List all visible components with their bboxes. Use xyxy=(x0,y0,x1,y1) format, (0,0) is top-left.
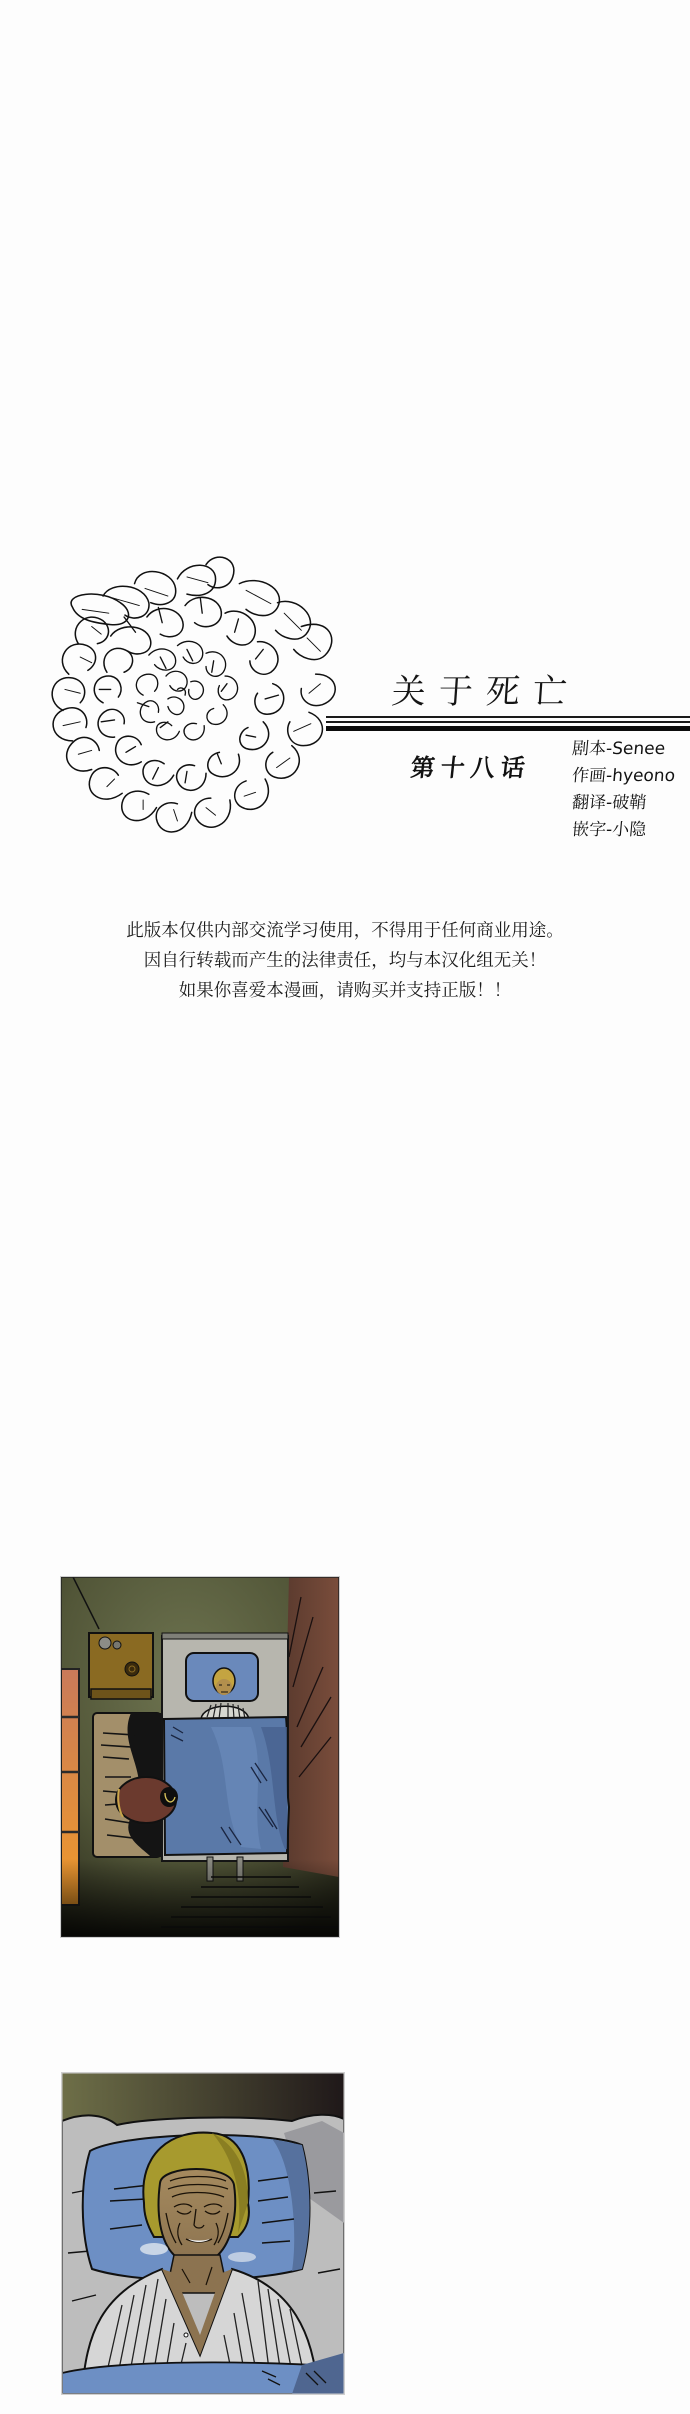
rule-thin-middle xyxy=(326,721,690,723)
scanlation-notice: 此版本仅供内部交流学习使用，不得用于任何商业用途。 因自行转载而产生的法律责任，… xyxy=(0,916,690,1006)
chrysanthemum-illustration xyxy=(44,548,349,848)
credit-art: 作画-hyeono xyxy=(571,763,690,790)
rule-thin-top xyxy=(326,716,690,718)
credit-translation: 翻译-破鞘 xyxy=(571,790,690,817)
title-rule-lines xyxy=(326,712,690,732)
chapter-number: 第十八话 xyxy=(409,748,533,783)
chapter-title: 关于死亡 xyxy=(390,664,581,713)
notice-line-2: 因自行转载而产生的法律责任，均与本汉化组无关！ xyxy=(0,946,690,976)
rule-thick-bottom xyxy=(326,726,690,731)
comic-panel-hospital-room-overhead xyxy=(61,1577,339,1937)
notice-line-1: 此版本仅供内部交流学习使用，不得用于任何商业用途。 xyxy=(0,916,690,946)
credit-script: 剧本-Senee xyxy=(571,736,690,763)
comic-panel-old-man-closeup xyxy=(62,2073,344,2394)
notice-line-3: 如果你喜爱本漫画，请购买并支持正版！！ xyxy=(0,976,690,1006)
credits-block: 剧本-Senee 作画-hyeono 翻译-破鞘 嵌字-小隐 xyxy=(572,736,690,844)
inner-petals xyxy=(99,598,278,783)
credit-typesetting: 嵌字-小隐 xyxy=(571,817,690,844)
